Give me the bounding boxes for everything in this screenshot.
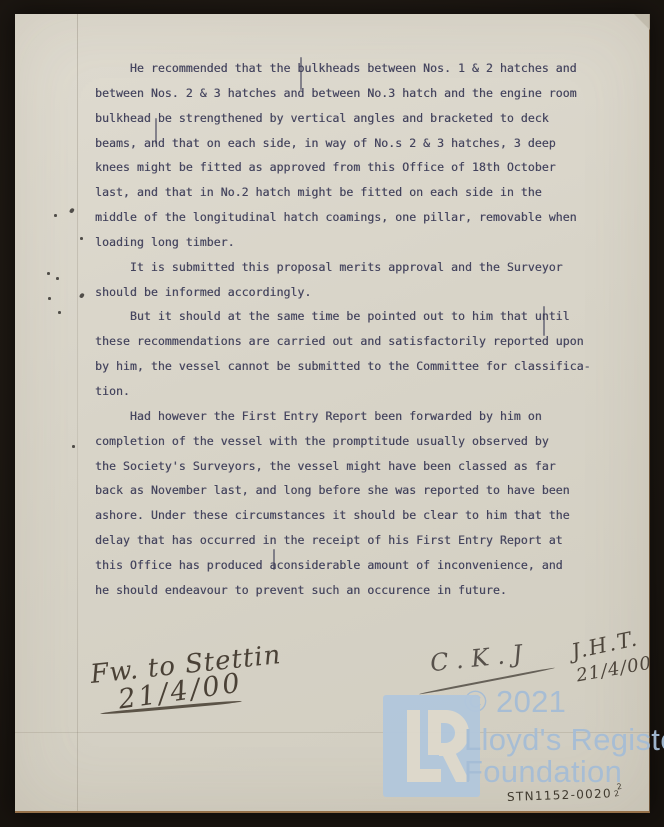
pen-mark	[543, 306, 545, 336]
reference-code: STN1152-0020 2 2	[507, 786, 622, 804]
typed-line: by him, the vessel cannot be submitted t…	[95, 354, 591, 379]
reference-code-text: STN1152-0020	[507, 786, 612, 804]
fold-crease-horizontal	[15, 732, 649, 733]
typed-line: loading long timber.	[95, 230, 591, 255]
typed-line: But it should at the same time be pointe…	[95, 304, 591, 329]
typed-line: bulkhead be strengthened by vertical ang…	[95, 106, 591, 131]
typed-line: ashore. Under these circumstances it sho…	[95, 503, 591, 528]
typed-line: He recommended that the bulkheads betwee…	[95, 56, 591, 81]
fold-crease-vertical	[77, 14, 78, 811]
typed-line: he should endeavour to prevent such an o…	[95, 578, 591, 603]
typed-line: the Society's Surveyors, the vessel migh…	[95, 454, 591, 479]
pen-mark	[300, 57, 302, 90]
typed-line: delay that has occurred in the receipt o…	[95, 528, 591, 553]
typed-line: tion.	[95, 379, 591, 404]
typed-line: knees might be fitted as approved from t…	[95, 155, 591, 180]
typed-line: these recommendations are carried out an…	[95, 329, 591, 354]
insertion-caret-mark	[273, 549, 275, 570]
typed-line: this Office has produced aconsiderable a…	[95, 553, 591, 578]
reference-code-fraction: 2 2	[615, 783, 622, 797]
typed-line: back as November last, and long before s…	[95, 478, 591, 503]
photo-background: He recommended that the bulkheads betwee…	[0, 0, 664, 827]
pen-mark	[155, 118, 157, 144]
signature-initials-center: C.K.J	[429, 639, 532, 677]
typed-line: Had however the First Entry Report been …	[95, 404, 591, 429]
typed-line: It is submitted this proposal merits app…	[95, 255, 591, 280]
typed-text: He recommended that the bulkheads betwee…	[95, 56, 591, 603]
typed-line: middle of the longitudinal hatch coaming…	[95, 205, 591, 230]
typed-line: should be informed accordingly.	[95, 280, 591, 305]
document-page: He recommended that the bulkheads betwee…	[15, 14, 650, 813]
typed-line: completion of the vessel with the prompt…	[95, 429, 591, 454]
typed-line: between Nos. 2 & 3 hatches and between N…	[95, 81, 591, 106]
typed-line: last, and that in No.2 hatch might be fi…	[95, 180, 591, 205]
page-corner-fold	[634, 14, 650, 30]
typed-line: beams, and that on each side, in way of …	[95, 131, 591, 156]
